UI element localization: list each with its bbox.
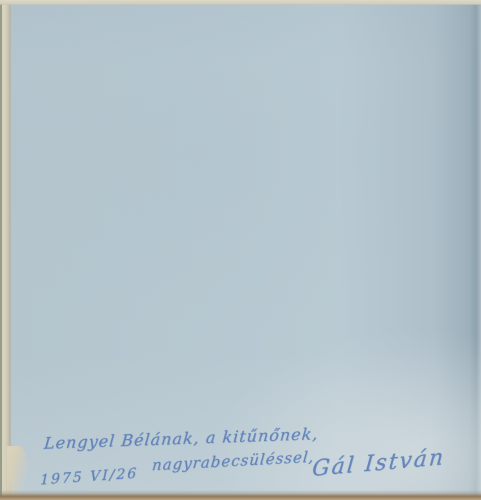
inscription-date: 1975 VI/26	[40, 466, 139, 489]
handwritten-inscription: Lengyel Bélának, a kitűnőnek, nagyrabecs…	[0, 0, 481, 500]
scanned-book-page: Lengyel Bélának, a kitűnőnek, nagyrabecs…	[0, 0, 481, 500]
inscription-line-1: Lengyel Bélának, a kitűnőnek,	[43, 424, 319, 453]
inscription-signature: Gál István	[311, 445, 446, 482]
inscription-line-2: nagyrabecsüléssel,	[151, 448, 315, 475]
